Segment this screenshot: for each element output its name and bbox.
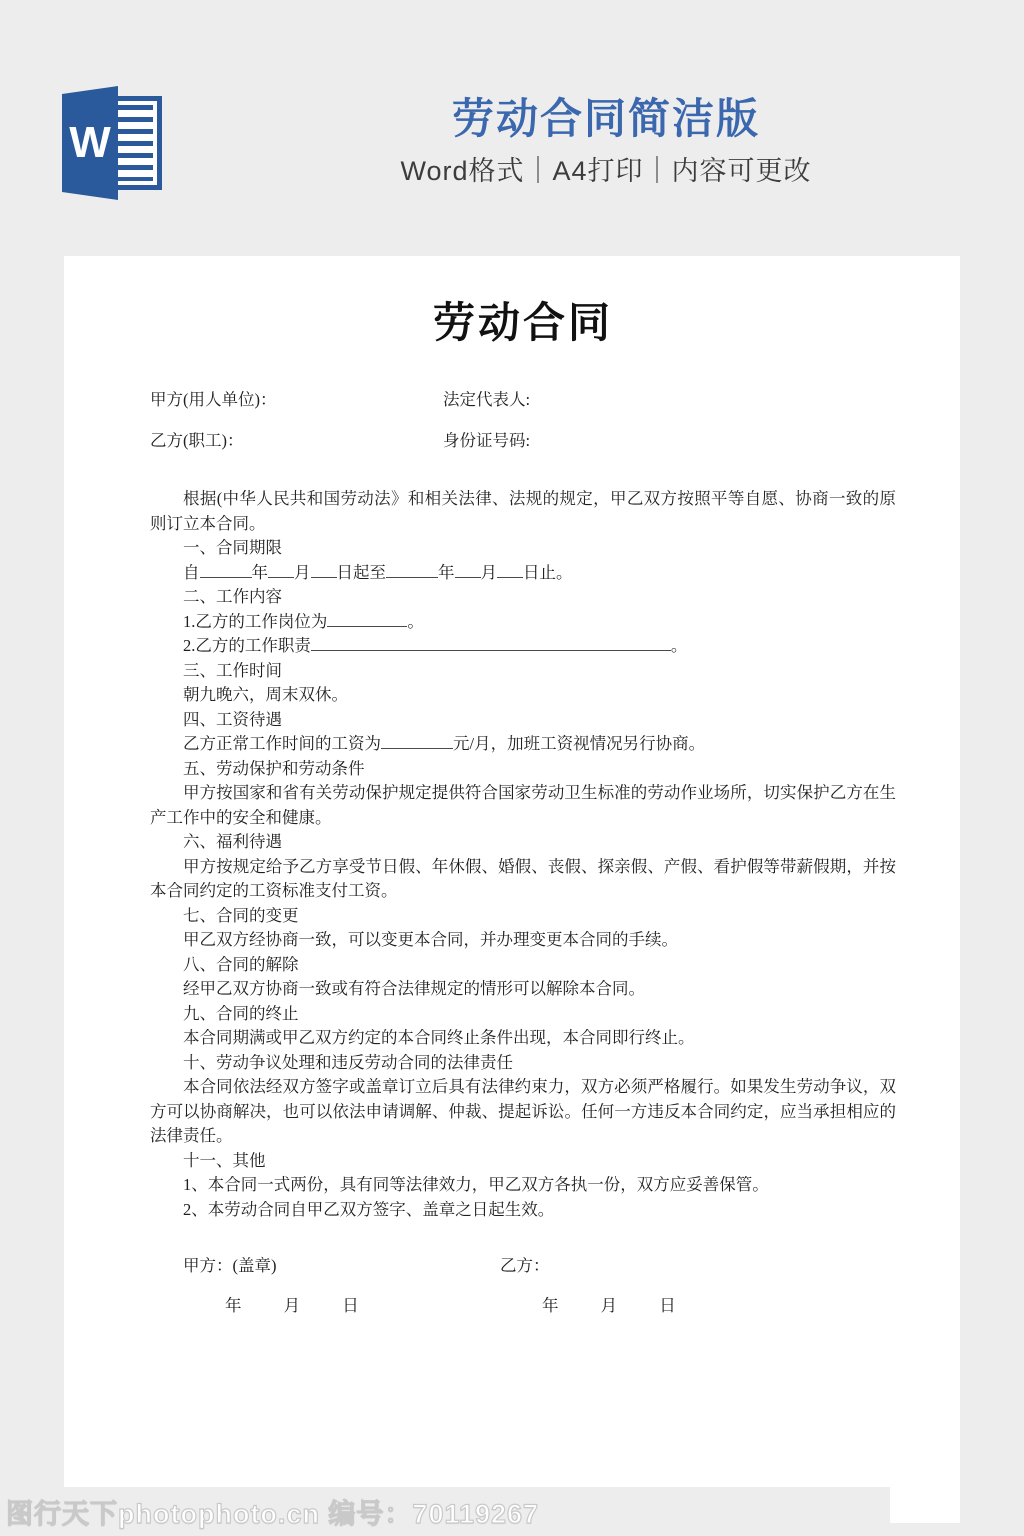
contract-paragraph: 五、劳动保护和劳动条件 <box>150 757 896 782</box>
party-row: 甲方(用人单位)： 法定代表人: <box>150 388 896 412</box>
contract-paragraph: 三、工作时间 <box>150 659 896 684</box>
word-icon-flap: W <box>62 86 118 200</box>
signature-party-b: 乙方： 年 月 日 <box>500 1254 896 1318</box>
signature-block: 甲方：(盖章) 年 月 日 乙方： 年 月 日 <box>150 1254 896 1318</box>
month-label: 月 <box>284 1294 301 1318</box>
contract-paragraph: 乙方正常工作时间的工资为元/月，加班工资视情况另行协商。 <box>150 732 896 757</box>
blank-underline <box>327 613 407 627</box>
blank-underline <box>311 637 671 651</box>
blank-underline <box>200 564 252 578</box>
day-label: 日 <box>342 1294 359 1318</box>
id-number-label: 身份证号码: <box>443 429 896 453</box>
template-header: 劳动合同简洁版 Word格式｜A4打印｜内容可更改 <box>186 92 1024 187</box>
blank-underline <box>386 564 438 578</box>
month-label: 月 <box>601 1294 618 1318</box>
watermark-bar: 图行天下photophoto.cn 编号：70119267 <box>0 1487 890 1536</box>
contract-paragraph: 1.乙方的工作岗位为。 <box>150 610 896 635</box>
contract-paragraph: 甲方按规定给予乙方享受节日假、年休假、婚假、丧假、探亲假、产假、看护假等带薪假期… <box>150 855 896 904</box>
watermark-text: 图行天下photophoto.cn 编号：70119267 <box>0 1492 539 1531</box>
year-label: 年 <box>225 1294 242 1318</box>
blank-underline <box>381 735 453 749</box>
party-b-label: 乙方(职工)： <box>150 429 443 453</box>
party-row: 乙方(职工)： 身份证号码: <box>150 429 896 453</box>
blank-underline <box>455 564 481 578</box>
signature-party-a: 甲方：(盖章) 年 月 日 <box>150 1254 500 1318</box>
template-title: 劳动合同简洁版 <box>186 92 1024 147</box>
contract-paragraph: 九、合同的终止 <box>150 1002 896 1027</box>
contract-parties: 甲方(用人单位)： 法定代表人: 乙方(职工)： 身份证号码: <box>150 388 896 453</box>
template-subtitle: Word格式｜A4打印｜内容可更改 <box>186 155 1024 187</box>
contract-paragraph: 朝九晚六，周末双休。 <box>150 683 896 708</box>
party-a-date-line: 年 月 日 <box>183 1294 500 1318</box>
contract-paragraph: 本合同期满或甲乙双方约定的本合同终止条件出现，本合同即行终止。 <box>150 1026 896 1051</box>
contract-paragraph: 本合同依法经双方签字或盖章订立后具有法律约束力，双方必须严格履行。如果发生劳动争… <box>150 1075 896 1149</box>
blank-underline <box>268 564 294 578</box>
contract-paragraph: 六、福利待遇 <box>150 830 896 855</box>
party-b-signature-label: 乙方： <box>500 1254 896 1278</box>
contract-paragraph: 甲方按国家和省有关劳动保护规定提供符合国家劳动卫生标准的劳动作业场所，切实保护乙… <box>150 781 896 830</box>
party-b-date-line: 年 月 日 <box>500 1294 896 1318</box>
party-a-label: 甲方(用人单位)： <box>150 388 443 412</box>
contract-paragraph: 八、合同的解除 <box>150 953 896 978</box>
contract-paragraph: 自年月日起至年月日止。 <box>150 561 896 586</box>
contract-paragraph: 2、本劳动合同自甲乙双方签字、盖章之日起生效。 <box>150 1198 896 1223</box>
party-a-signature-label: 甲方：(盖章) <box>183 1254 500 1278</box>
word-icon-letter: W <box>69 121 111 165</box>
document-page: 劳动合同 甲方(用人单位)： 法定代表人: 乙方(职工)： 身份证号码: 根据(… <box>64 256 960 1523</box>
word-icon-text-lines <box>113 105 153 181</box>
contract-paragraph: 七、合同的变更 <box>150 904 896 929</box>
day-label: 日 <box>659 1294 676 1318</box>
contract-paragraph: 1、本合同一式两份，具有同等法律效力，甲乙双方各执一份，双方应妥善保管。 <box>150 1173 896 1198</box>
word-document-icon: W <box>62 86 162 200</box>
document-body: 根据(中华人民共和国劳动法》和相关法律、法规的规定，甲乙双方按照平等自愿、协商一… <box>150 487 896 1222</box>
blank-underline <box>311 564 337 578</box>
contract-paragraph: 甲乙双方经协商一致，可以变更本合同，并办理变更本合同的手续。 <box>150 928 896 953</box>
contract-paragraph: 十一、其他 <box>150 1149 896 1174</box>
contract-paragraph: 二、工作内容 <box>150 585 896 610</box>
contract-paragraph: 2.乙方的工作职责。 <box>150 634 896 659</box>
contract-paragraph: 四、工资待遇 <box>150 708 896 733</box>
year-label: 年 <box>542 1294 559 1318</box>
contract-paragraph: 经甲乙双方协商一致或有符合法律规定的情形可以解除本合同。 <box>150 977 896 1002</box>
contract-paragraph: 一、合同期限 <box>150 536 896 561</box>
blank-underline <box>497 564 523 578</box>
contract-title: 劳动合同 <box>150 296 896 352</box>
contract-paragraph: 十、劳动争议处理和违反劳动合同的法律责任 <box>150 1051 896 1076</box>
legal-representative-label: 法定代表人: <box>443 388 896 412</box>
contract-paragraph: 根据(中华人民共和国劳动法》和相关法律、法规的规定，甲乙双方按照平等自愿、协商一… <box>150 487 896 536</box>
